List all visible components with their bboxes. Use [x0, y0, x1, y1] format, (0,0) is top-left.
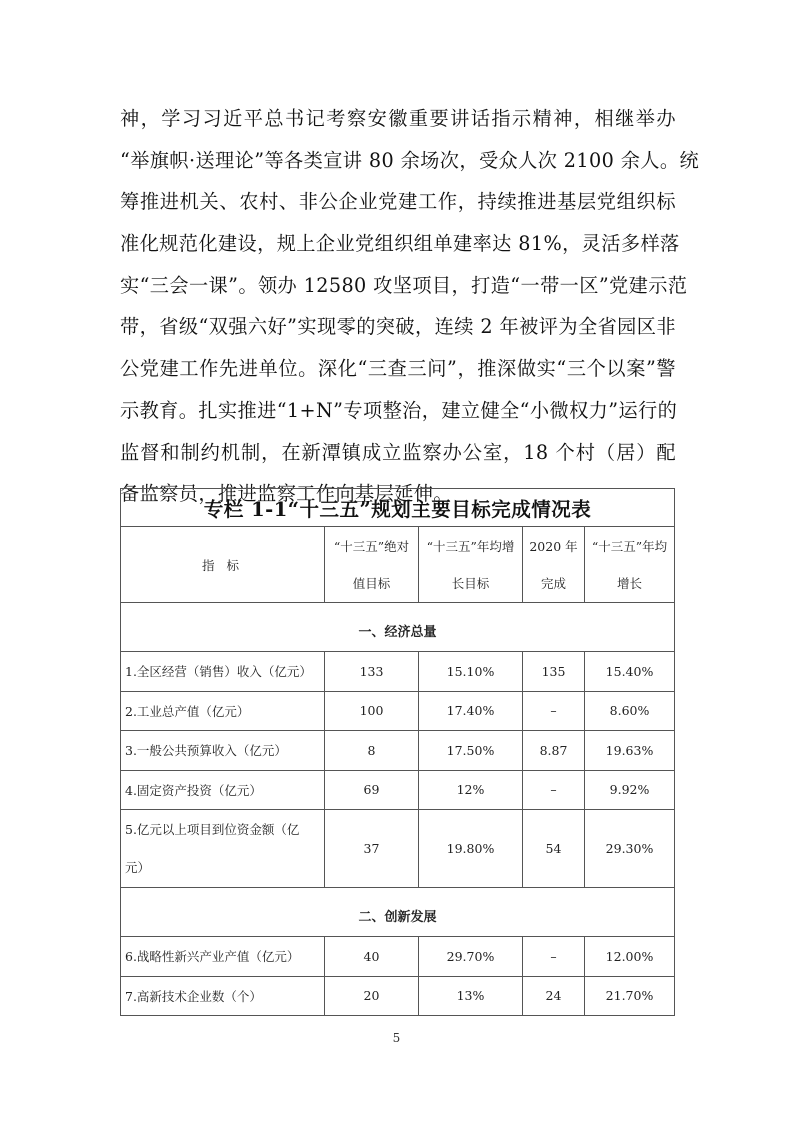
cell-target: 20 — [325, 976, 419, 1016]
cell-2020-actual: 54 — [523, 810, 585, 888]
table-row: 2.工业总产值（亿元） 100 17.40% – 8.60% — [121, 691, 675, 731]
text-line: 神，学习习近平总书记考察安徽重要讲话指示精神，相继举办 — [120, 98, 676, 140]
cell-2020-actual: – — [523, 691, 585, 731]
text-line: 准化规范化建设，规上企业党组织组单建率达 81%，灵活多样落 — [120, 223, 676, 265]
indicator-name: 6.战略性新兴产业产值（亿元） — [121, 937, 325, 977]
text-line: 公党建工作先进单位。深化“三查三问”，推深做实“三个以案”警 — [120, 348, 676, 390]
text-line: 带，省级“双强六好”实现零的突破，连续 2 年被评为全省园区非 — [120, 306, 676, 348]
text-line: 筹推进机关、农村、非公企业党建工作，持续推进基层党组织标 — [120, 181, 676, 223]
cell-growth-target: 12% — [419, 770, 523, 810]
cell-target: 8 — [325, 731, 419, 771]
table-row: 7.高新技术企业数（个） 20 13% 24 21.70% — [121, 976, 675, 1016]
header-indicator: 指 标 — [121, 527, 325, 603]
indicator-name: 7.高新技术企业数（个） — [121, 976, 325, 1016]
cell-growth-target: 17.40% — [419, 691, 523, 731]
table-header-row: 指 标 “十三五”绝对值目标 “十三五”年均增长目标 2020 年完成 “十三五… — [121, 527, 675, 603]
table-row: 5.亿元以上项目到位资金额（亿元） 37 19.80% 54 29.30% — [121, 810, 675, 888]
cell-2020-actual: 135 — [523, 652, 585, 692]
cell-growth-target: 29.70% — [419, 937, 523, 977]
indicator-name: 2.工业总产值（亿元） — [121, 691, 325, 731]
section-header: 二、创新发展 — [121, 888, 675, 937]
header-growth-target: “十三五”年均增长目标 — [419, 527, 523, 603]
indicator-name: 5.亿元以上项目到位资金额（亿元） — [121, 810, 325, 888]
text-line: “举旗帜·送理论”等各类宣讲 80 余场次，受众人次 2100 余人。统 — [120, 140, 676, 182]
table-row: 3.一般公共预算收入（亿元） 8 17.50% 8.87 19.63% — [121, 731, 675, 771]
indicator-name: 3.一般公共预算收入（亿元） — [121, 731, 325, 771]
cell-avg-growth: 19.63% — [585, 731, 675, 771]
header-avg-growth: “十三五”年均增长 — [585, 527, 675, 603]
cell-growth-target: 19.80% — [419, 810, 523, 888]
header-absolute-target: “十三五”绝对值目标 — [325, 527, 419, 603]
table-row: 4.固定资产投资（亿元） 69 12% – 9.92% — [121, 770, 675, 810]
cell-growth-target: 13% — [419, 976, 523, 1016]
cell-target: 37 — [325, 810, 419, 888]
body-paragraph: 神，学习习近平总书记考察安徽重要讲话指示精神，相继举办 “举旗帜·送理论”等各类… — [120, 98, 676, 515]
cell-target: 69 — [325, 770, 419, 810]
table-title: 专栏 1-1“十三五”规划主要目标完成情况表 — [121, 489, 675, 527]
cell-avg-growth: 15.40% — [585, 652, 675, 692]
cell-avg-growth: 21.70% — [585, 976, 675, 1016]
section-header: 一、经济总量 — [121, 603, 675, 652]
cell-growth-target: 17.50% — [419, 731, 523, 771]
table-row: 1.全区经营（销售）收入（亿元） 133 15.10% 135 15.40% — [121, 652, 675, 692]
table-row: 6.战略性新兴产业产值（亿元） 40 29.70% – 12.00% — [121, 937, 675, 977]
cell-2020-actual: – — [523, 770, 585, 810]
cell-2020-actual: – — [523, 937, 585, 977]
indicator-name: 1.全区经营（销售）收入（亿元） — [121, 652, 325, 692]
cell-2020-actual: 8.87 — [523, 731, 585, 771]
cell-target: 40 — [325, 937, 419, 977]
text-line: 示教育。扎实推进“1+N”专项整治，建立健全“小微权力”运行的 — [120, 390, 676, 432]
cell-avg-growth: 29.30% — [585, 810, 675, 888]
text-line: 监督和制约机制，在新潭镇成立监察办公室，18 个村（居）配 — [120, 432, 676, 474]
indicator-name: 4.固定资产投资（亿元） — [121, 770, 325, 810]
targets-table: 专栏 1-1“十三五”规划主要目标完成情况表 指 标 “十三五”绝对值目标 “十… — [120, 488, 675, 1016]
cell-target: 100 — [325, 691, 419, 731]
text-line: 实“三会一课”。领办 12580 攻坚项目，打造“一带一区”党建示范 — [120, 265, 676, 307]
page-number: 5 — [0, 1031, 793, 1045]
cell-avg-growth: 12.00% — [585, 937, 675, 977]
header-2020-actual: 2020 年完成 — [523, 527, 585, 603]
cell-avg-growth: 9.92% — [585, 770, 675, 810]
cell-2020-actual: 24 — [523, 976, 585, 1016]
cell-growth-target: 15.10% — [419, 652, 523, 692]
cell-target: 133 — [325, 652, 419, 692]
cell-avg-growth: 8.60% — [585, 691, 675, 731]
